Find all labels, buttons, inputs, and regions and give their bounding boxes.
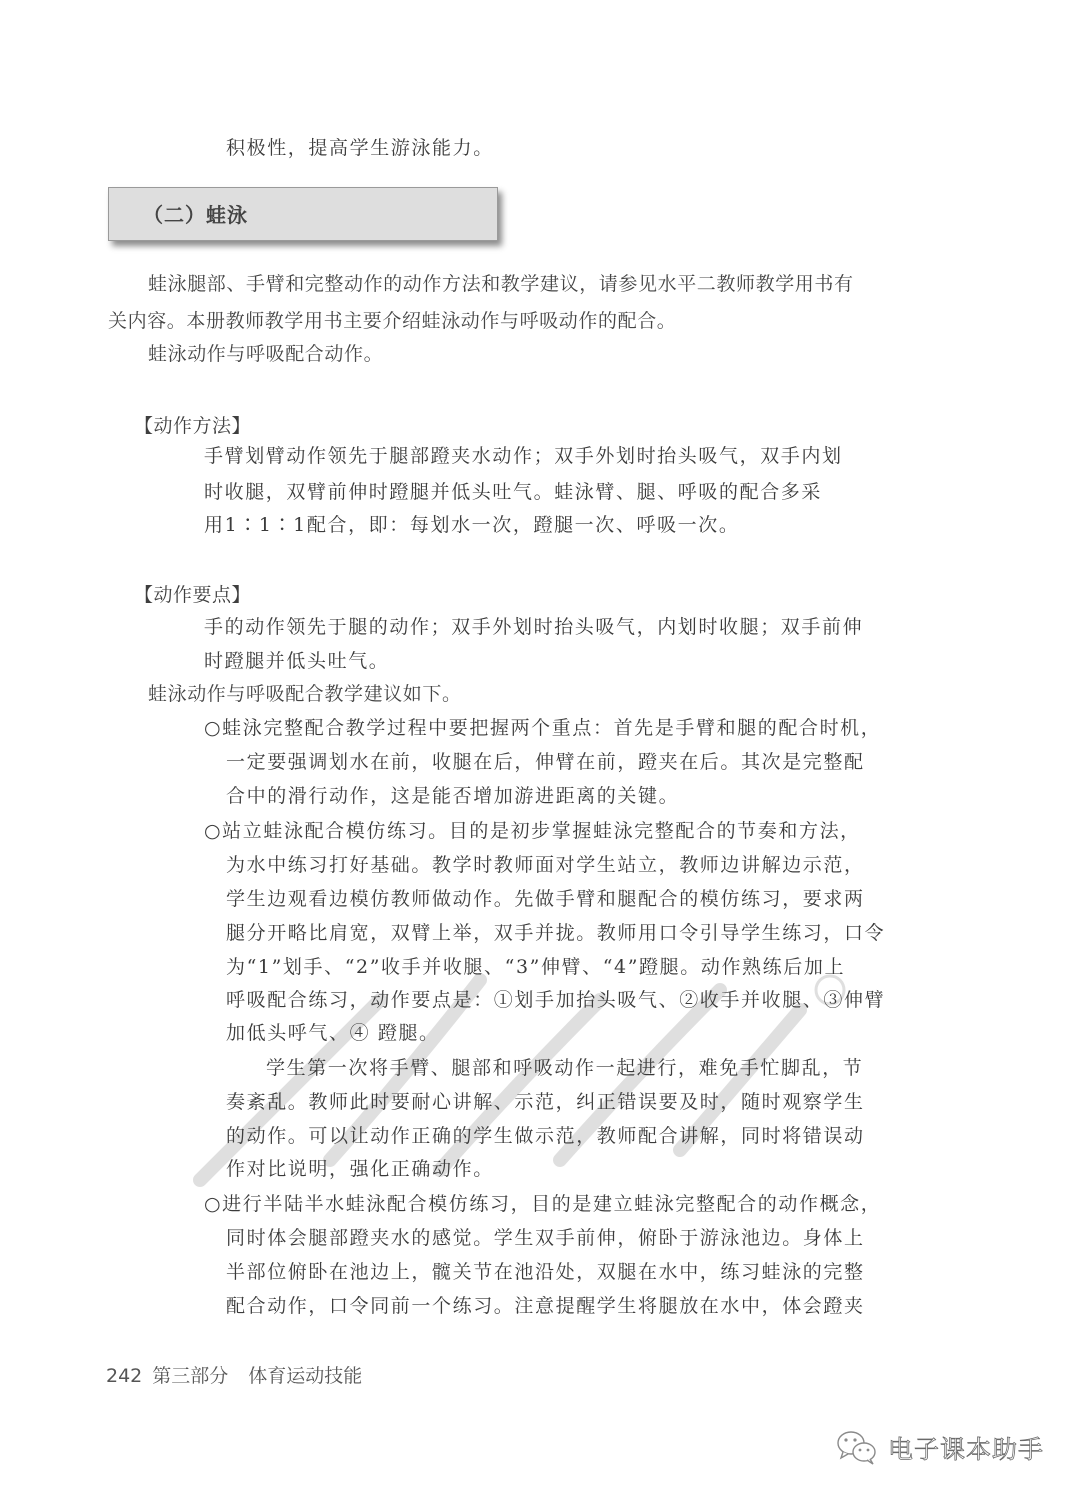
bullet-line: 半部位俯卧在池边上，髋关节在池沿处，双腿在水中，练习蛙泳的完整 (226, 1256, 865, 1289)
bullet-line: 呼吸配合练习，动作要点是：①划手加抬头吸气、②收手并收腿、③伸臂 (226, 984, 885, 1017)
keypoints-line: 时蹬腿并低头吐气。 (204, 645, 389, 678)
bullet-line: 同时体会腿部蹬夹水的感觉。学生双手前伸，俯卧于游泳池边。身体上 (226, 1222, 865, 1255)
page-footer: 242第三部分体育运动技能 (106, 1361, 362, 1388)
bullet-subline: 作对比说明，强化正确动作。 (226, 1153, 494, 1186)
method-line: 时收腿，双臂前伸时蹬腿并低头吐气。蛙泳臂、腿、呼吸的配合多采 (204, 476, 822, 509)
bullet-line: 合中的滑行动作，这是能否增加游进距离的关键。 (226, 780, 679, 813)
bullet-line: 一定要强调划水在前，收腿在后，伸臂在前，蹬夹在后。其次是完整配 (226, 746, 865, 779)
bullet-line: 腿分开略比肩宽，双臂上举，双手并拢。教师用口令引导学生练习，口令 (226, 917, 885, 950)
intro-line: 蛙泳动作与呼吸配合动作。 (148, 338, 383, 371)
bullet-line: 为“1”划手、“2”收手并收腿、“3”伸臂、“4”蹬腿。动作熟练后加上 (226, 951, 845, 984)
keypoints-line: 手的动作领先于腿的动作；双手外划时抬头吸气，内划时收腿；双手前伸 (204, 611, 863, 644)
keypoints-heading: 【动作要点】 (134, 580, 251, 607)
brand-watermark: 电子课本助手 (836, 1430, 1044, 1466)
bullet-line: 配合动作，口令同前一个练习。注意提醒学生将腿放在水中，体会蹬夹 (226, 1290, 865, 1323)
bullet-subline: 的动作。可以让动作正确的学生做示范，教师配合讲解，同时将错误动 (226, 1120, 865, 1153)
method-heading: 【动作方法】 (134, 411, 251, 438)
intro-line: 关内容。本册教师教学用书主要介绍蛙泳动作与呼吸动作的配合。 (108, 305, 676, 338)
bullet-subline: 奏紊乱。教师此时要耐心讲解、示范，纠正错误要及时，随时观察学生 (226, 1086, 865, 1119)
footer-part: 第三部分 (152, 1365, 228, 1387)
section-heading-box: （二）蛙泳 (108, 187, 498, 241)
bullet-line: ○蛙泳完整配合教学过程中要把握两个重点：首先是手臂和腿的配合时机， (204, 712, 881, 745)
bullet-line: ○进行半陆半水蛙泳配合模仿练习，目的是建立蛙泳完整配合的动作概念， (204, 1188, 881, 1221)
section-title: （二）蛙泳 (143, 199, 248, 228)
method-line: 用1∶1∶1配合，即：每划水一次，蹬腿一次、呼吸一次。 (204, 509, 739, 542)
page-number: 242 (106, 1365, 142, 1387)
brand-label: 电子课本助手 (888, 1430, 1044, 1466)
wechat-icon (836, 1430, 880, 1466)
suggestion-intro: 蛙泳动作与呼吸配合教学建议如下。 (148, 678, 462, 711)
bullet-line: 学生边观看边模仿教师做动作。先做手臂和腿配合的模仿练习，要求两 (226, 883, 865, 916)
bullet-line: ○站立蛙泳配合模仿练习。目的是初步掌握蛙泳完整配合的节奏和方法， (204, 815, 861, 848)
method-line: 手臂划臂动作领先于腿部蹬夹水动作；双手外划时抬头吸气，双手内划 (204, 440, 843, 473)
footer-chapter: 体育运动技能 (248, 1365, 362, 1387)
continuation-text: 积极性，提高学生游泳能力。 (226, 132, 494, 165)
bullet-line: 加低头呼气、④ 蹬腿。 (226, 1017, 440, 1050)
intro-line: 蛙泳腿部、手臂和完整动作的动作方法和教学建议，请参见水平二教师教学用书有 (148, 268, 854, 301)
bullet-subline: 学生第一次将手臂、腿部和呼吸动作一起进行，难免手忙脚乱，节 (266, 1052, 863, 1085)
bullet-line: 为水中练习打好基础。教学时教师面对学生站立，教师边讲解边示范， (226, 849, 865, 882)
textbook-page: 积极性，提高学生游泳能力。 （二）蛙泳 蛙泳腿部、手臂和完整动作的动作方法和教学… (0, 0, 1080, 1508)
